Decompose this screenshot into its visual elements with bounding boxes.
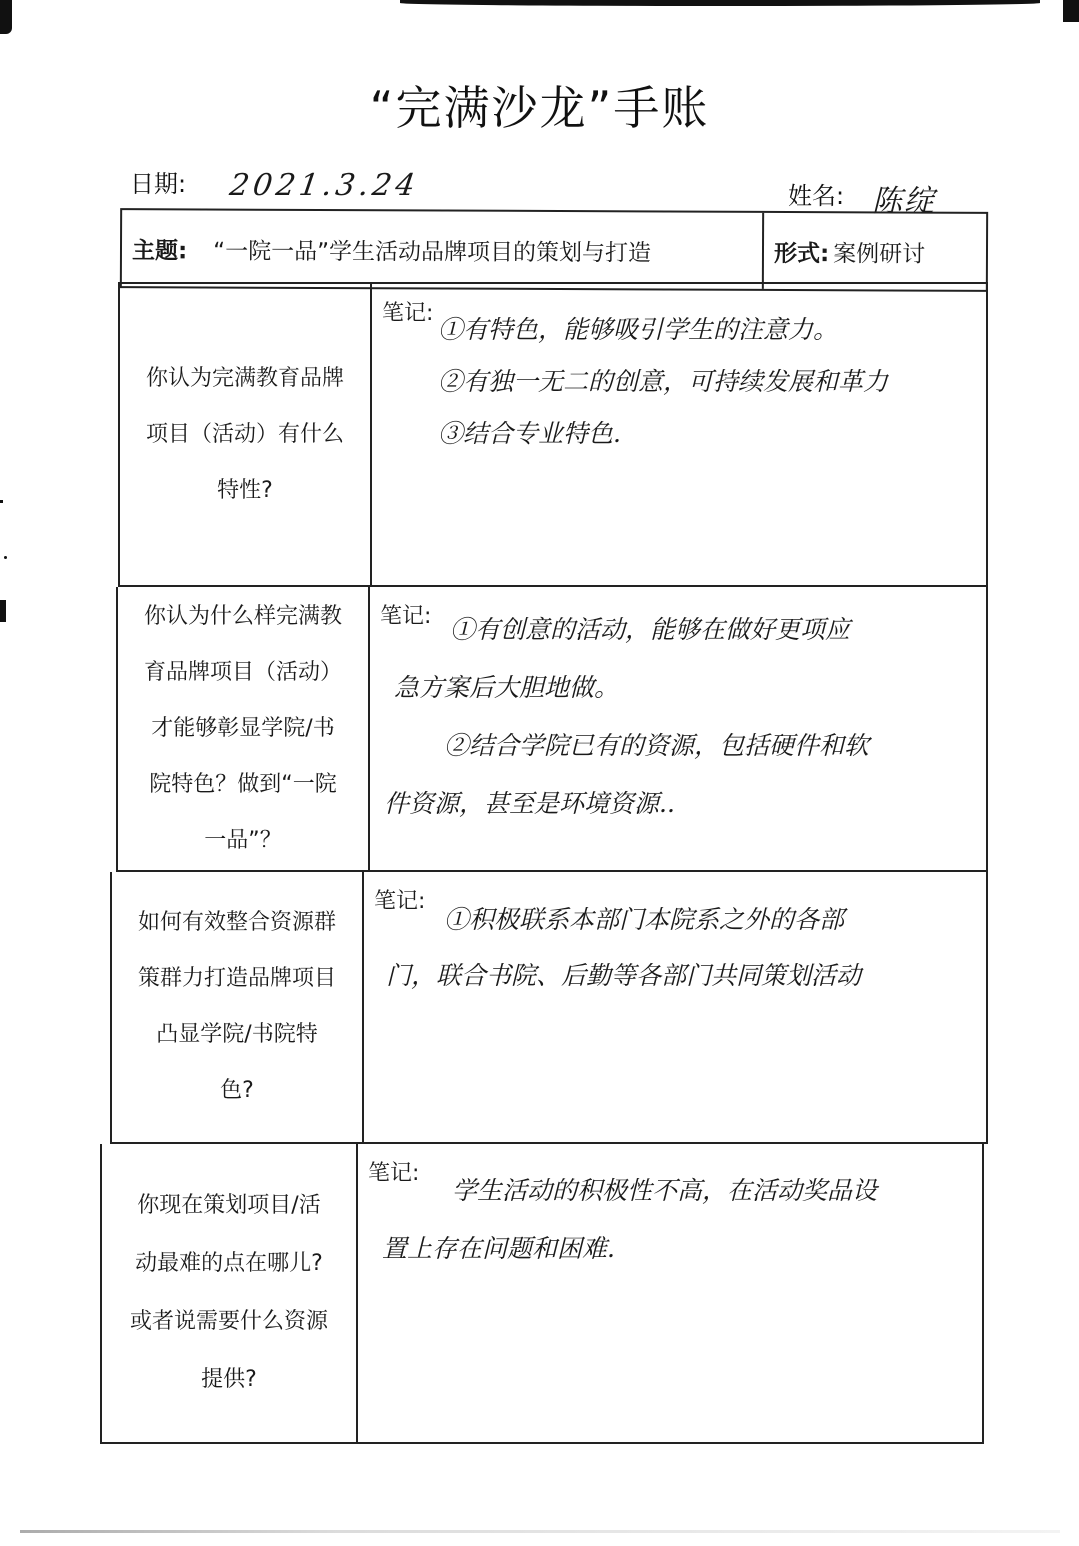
scan-edge-mark: [4, 556, 7, 559]
scan-edge-mark: [0, 500, 3, 503]
notes-cell: 笔记: ①积极联系本部门本院系之外的各部 门，联合书院、后勤等各部门共同策划活动: [364, 872, 986, 1142]
note-line: ②有独一无二的创意，可持续发展和革力: [438, 356, 972, 408]
question-line: 项目（活动）有什么: [146, 407, 344, 463]
note-line: ①有特色，能够吸引学生的注意力。: [438, 304, 972, 356]
scan-edge-mark: [1063, 0, 1079, 22]
question-line: 或者说需要什么资源: [130, 1293, 328, 1351]
note-line: ③结合专业特色.: [438, 408, 972, 460]
topic-label: 主题:: [132, 232, 187, 265]
question-line: 色?: [220, 1063, 254, 1119]
note-line: 门，联合书院、后勤等各部门共同策划活动: [378, 948, 972, 1004]
scan-edge-mark: [0, 600, 6, 622]
note-line: 学生活动的积极性不高，在活动奖品设: [372, 1162, 968, 1220]
question-cell: 你认为什么样完满教 育品牌项目（活动） 才能够彰显学院/书 院特色？做到“一院 …: [118, 587, 370, 870]
question-line: 动最难的点在哪儿?: [135, 1235, 323, 1293]
question-line: 策群力打造品牌项目: [138, 951, 336, 1007]
handwritten-notes: ①有创意的活动，能够在做好更项应 急方案后大胆地做。 ②结合学院已有的资源，包括…: [384, 601, 972, 833]
notes-cell: 笔记: 学生活动的积极性不高，在活动奖品设 置上存在问题和困难.: [358, 1144, 982, 1442]
note-line: ①有创意的活动，能够在做好更项应: [384, 601, 972, 659]
handwritten-notes: ①有特色，能够吸引学生的注意力。 ②有独一无二的创意，可持续发展和革力 ③结合专…: [438, 304, 972, 460]
notes-label: 笔记:: [382, 296, 433, 327]
scan-bottom-shadow: [20, 1530, 1060, 1533]
question-line: 如何有效整合资源群: [138, 895, 336, 951]
date-label: 日期:: [130, 164, 186, 199]
scan-edge-shadow: [400, 0, 1040, 6]
format-cell: 形式: 案例研讨: [764, 213, 986, 290]
question-cell: 你认为完满教育品牌 项目（活动）有什么 特性?: [120, 284, 372, 585]
date-value: 2021.3.24: [228, 168, 422, 203]
format-value: 案例研讨: [833, 235, 925, 268]
qa-row: 你现在策划项目/活 动最难的点在哪儿? 或者说需要什么资源 提供? 笔记: 学生…: [100, 1144, 984, 1444]
question-cell: 你现在策划项目/活 动最难的点在哪儿? 或者说需要什么资源 提供?: [102, 1144, 358, 1442]
qa-row: 你认为什么样完满教 育品牌项目（活动） 才能够彰显学院/书 院特色？做到“一院 …: [116, 587, 988, 872]
question-line: 特性?: [217, 463, 273, 519]
note-line: 急方案后大胆地做。: [384, 659, 972, 717]
question-line: 才能够彰显学院/书: [151, 701, 334, 757]
question-line: 一品”？: [204, 813, 281, 869]
question-line: 你认为什么样完满教: [144, 589, 342, 645]
handwritten-notes: ①积极联系本部门本院系之外的各部 门，联合书院、后勤等各部门共同策划活动: [378, 892, 972, 1004]
question-cell: 如何有效整合资源群 策群力打造品牌项目 凸显学院/书院特 色?: [112, 872, 364, 1142]
topic-row: 主题: “一院一品”学生活动品牌项目的策划与打造 形式: 案例研讨: [120, 208, 988, 292]
notes-cell: 笔记: ①有创意的活动，能够在做好更项应 急方案后大胆地做。 ②结合学院已有的资…: [370, 587, 986, 870]
question-line: 你认为完满教育品牌: [146, 351, 344, 407]
handwritten-notes: 学生活动的积极性不高，在活动奖品设 置上存在问题和困难.: [372, 1162, 968, 1278]
notes-cell: 笔记: ①有特色，能够吸引学生的注意力。 ②有独一无二的创意，可持续发展和革力 …: [372, 284, 986, 585]
topic-value: “一院一品”学生活动品牌项目的策划与打造: [213, 232, 651, 267]
scan-edge-mark: [0, 0, 12, 34]
question-line: 院特色？做到“一院: [149, 757, 336, 813]
journal-table: 主题: “一院一品”学生活动品牌项目的策划与打造 形式: 案例研讨 你认为完满教…: [100, 210, 985, 1445]
note-line: ①积极联系本部门本院系之外的各部: [378, 892, 972, 948]
name-label: 姓名:: [788, 176, 844, 211]
topic-cell: 主题: “一院一品”学生活动品牌项目的策划与打造: [122, 210, 764, 289]
question-line: 你现在策划项目/活: [137, 1177, 320, 1235]
page-title: “完满沙龙”手账: [0, 72, 1079, 138]
question-line: 凸显学院/书院特: [156, 1007, 317, 1063]
note-line: ②结合学院已有的资源，包括硬件和软: [384, 717, 972, 775]
qa-row: 如何有效整合资源群 策群力打造品牌项目 凸显学院/书院特 色? 笔记: ①积极联…: [110, 872, 988, 1144]
note-line: 置上存在问题和困难.: [372, 1220, 968, 1278]
qa-row: 你认为完满教育品牌 项目（活动）有什么 特性? 笔记: ①有特色，能够吸引学生的…: [118, 282, 988, 587]
note-line: 件资源，甚至是环境资源..: [384, 775, 972, 833]
format-label: 形式:: [774, 234, 829, 267]
question-line: 提供?: [201, 1351, 257, 1409]
question-line: 育品牌项目（活动）: [144, 645, 342, 701]
